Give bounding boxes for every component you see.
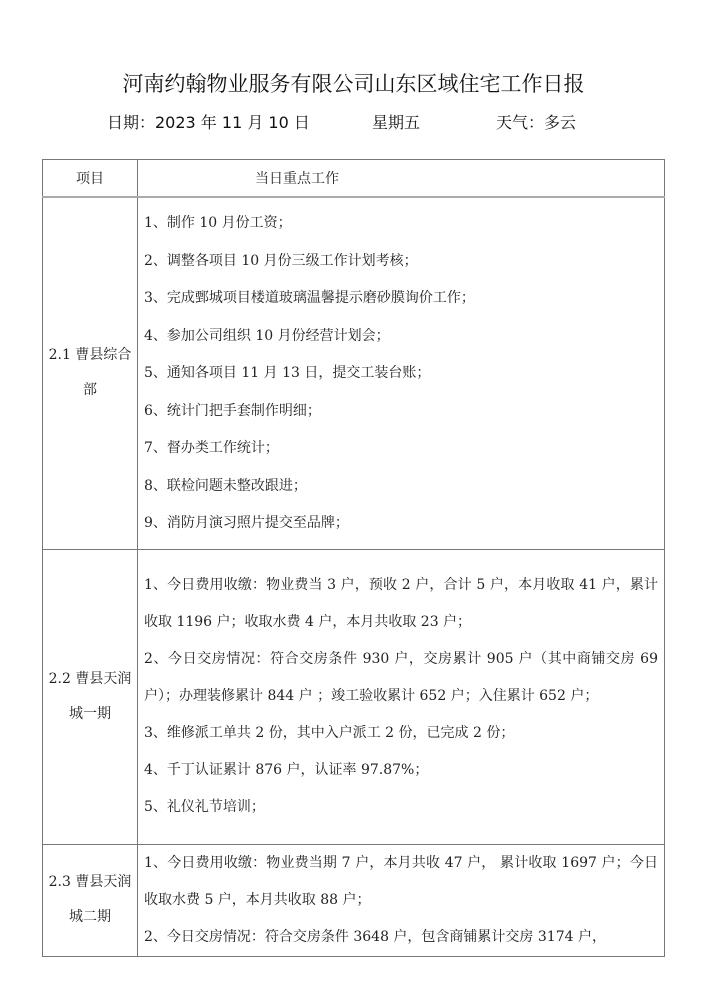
project-cell: 2.3 曹县天润城二期 (43, 844, 138, 956)
daily-report-table: 项目 当日重点工作 2.1 曹县综合部 1、制作 10 月份工资； 2、调整各项… (42, 159, 665, 957)
work-item: 4、千丁认证累计 876 户，认证率 97.87%； (144, 752, 658, 789)
project-cell: 2.2 曹县天润城一期 (43, 549, 138, 844)
work-item: 1、制作 10 月份工资； (144, 205, 658, 243)
work-item: 2、今日交房情况：符合交房条件 930 户，交房累计 905 户（其中商铺交房 … (144, 641, 658, 715)
work-item: 5、通知各项目 11 月 13 日，提交工装台账； (144, 355, 658, 393)
table-header-row: 项目 当日重点工作 (43, 160, 665, 198)
work-item: 3、维修派工单共 2 份，其中入户派工 2 份，已完成 2 份； (144, 715, 658, 752)
report-weekday: 星期五 (372, 110, 420, 133)
work-item: 2、今日交房情况：符合交房条件 3648 户，包含商铺累计交房 3174 户， (144, 919, 658, 956)
project-cell: 2.1 曹县综合部 (43, 197, 138, 549)
work-item: 7、督办类工作统计； (144, 430, 658, 468)
work-item: 1、今日费用收缴：物业费当 3 户，预收 2 户，合计 5 户，本月收取 41 … (144, 567, 658, 641)
work-item: 3、完成鄄城项目楼道玻璃温馨提示磨砂膜询价工作； (144, 280, 658, 318)
work-cell: 1、今日费用收缴：物业费当 3 户，预收 2 户，合计 5 户，本月收取 41 … (138, 549, 665, 844)
header-project: 项目 (43, 160, 138, 198)
work-item: 5、礼仪礼节培训； (144, 789, 658, 826)
work-cell: 1、今日费用收缴：物业费当期 7 户，本月共收 47 户， 累计收取 1697 … (138, 844, 665, 956)
work-item: 2、调整各项目 10 月份三级工作计划考核； (144, 243, 658, 281)
work-item: 9、消防月演习照片提交至品牌； (144, 505, 658, 543)
table-row: 2.2 曹县天润城一期 1、今日费用收缴：物业费当 3 户，预收 2 户，合计 … (43, 549, 665, 844)
table-row: 2.3 曹县天润城二期 1、今日费用收缴：物业费当期 7 户，本月共收 47 户… (43, 844, 665, 956)
work-item: 1、今日费用收缴：物业费当期 7 户，本月共收 47 户， 累计收取 1697 … (144, 845, 658, 919)
header-key-work: 当日重点工作 (138, 160, 665, 198)
report-title: 河南约翰物业服务有限公司山东区域住宅工作日报 (0, 68, 707, 98)
work-item: 8、联检问题未整改跟进； (144, 468, 658, 506)
report-date: 日期：2023 年 11 月 10 日 (107, 110, 310, 133)
work-cell: 1、制作 10 月份工资； 2、调整各项目 10 月份三级工作计划考核； 3、完… (138, 197, 665, 549)
work-item: 6、统计门把手套制作明细； (144, 393, 658, 431)
work-item: 4、参加公司组织 10 月份经营计划会； (144, 318, 658, 356)
report-weather: 天气：多云 (496, 110, 576, 133)
table-row: 2.1 曹县综合部 1、制作 10 月份工资； 2、调整各项目 10 月份三级工… (43, 197, 665, 549)
